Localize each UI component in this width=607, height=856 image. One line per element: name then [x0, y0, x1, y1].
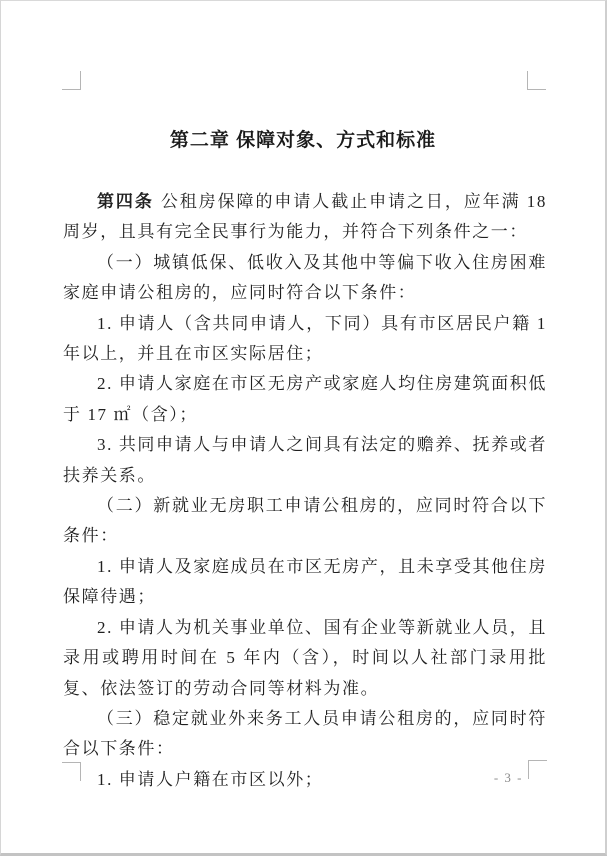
- crop-mark-bottom-right: [528, 760, 547, 779]
- chapter-heading: 第二章 保障对象、方式和标准: [1, 129, 605, 153]
- page-number: - 3 -: [494, 770, 523, 786]
- clause-paragraph: 1. 申请人及家庭成员在市区无房产，且未享受其他住房保障待遇；: [63, 552, 547, 613]
- clause-paragraph: 2. 申请人家庭在市区无房产或家庭人均住房建筑面积低于 17 ㎡（含）；: [63, 369, 547, 430]
- clause-paragraph: 2. 申请人为机关事业单位、国有企业等新就业人员，且录用或聘用时间在 5 年内（…: [63, 613, 547, 704]
- document-body: 第四条公租房保障的申请人截止申请之日，应年满 18 周岁，且具有完全民事行为能力…: [63, 187, 547, 795]
- clause-paragraph: （二）新就业无房职工申请公租房的，应同时符合以下条件：: [63, 491, 547, 552]
- crop-mark-top-left: [62, 71, 81, 90]
- article-paragraph: 第四条公租房保障的申请人截止申请之日，应年满 18 周岁，且具有完全民事行为能力…: [63, 187, 547, 248]
- clause-paragraph: （一）城镇低保、低收入及其他中等偏下收入住房困难家庭申请公租房的，应同时符合以下…: [63, 248, 547, 309]
- clause-paragraph: 3. 共同申请人与申请人之间具有法定的赡养、抚养或者扶养关系。: [63, 430, 547, 491]
- clause-paragraph: 1. 申请人（含共同申请人，下同）具有市区居民户籍 1 年以上，并且在市区实际居…: [63, 309, 547, 370]
- clause-paragraph: 1. 申请人户籍在市区以外；: [63, 765, 547, 795]
- crop-mark-bottom-left: [62, 762, 81, 781]
- crop-mark-top-right: [527, 71, 546, 90]
- article-number-label: 第四条: [97, 192, 154, 211]
- document-page: 第二章 保障对象、方式和标准 第四条公租房保障的申请人截止申请之日，应年满 18…: [0, 0, 607, 856]
- clause-paragraph: （三）稳定就业外来务工人员申请公租房的，应同时符合以下条件：: [63, 704, 547, 765]
